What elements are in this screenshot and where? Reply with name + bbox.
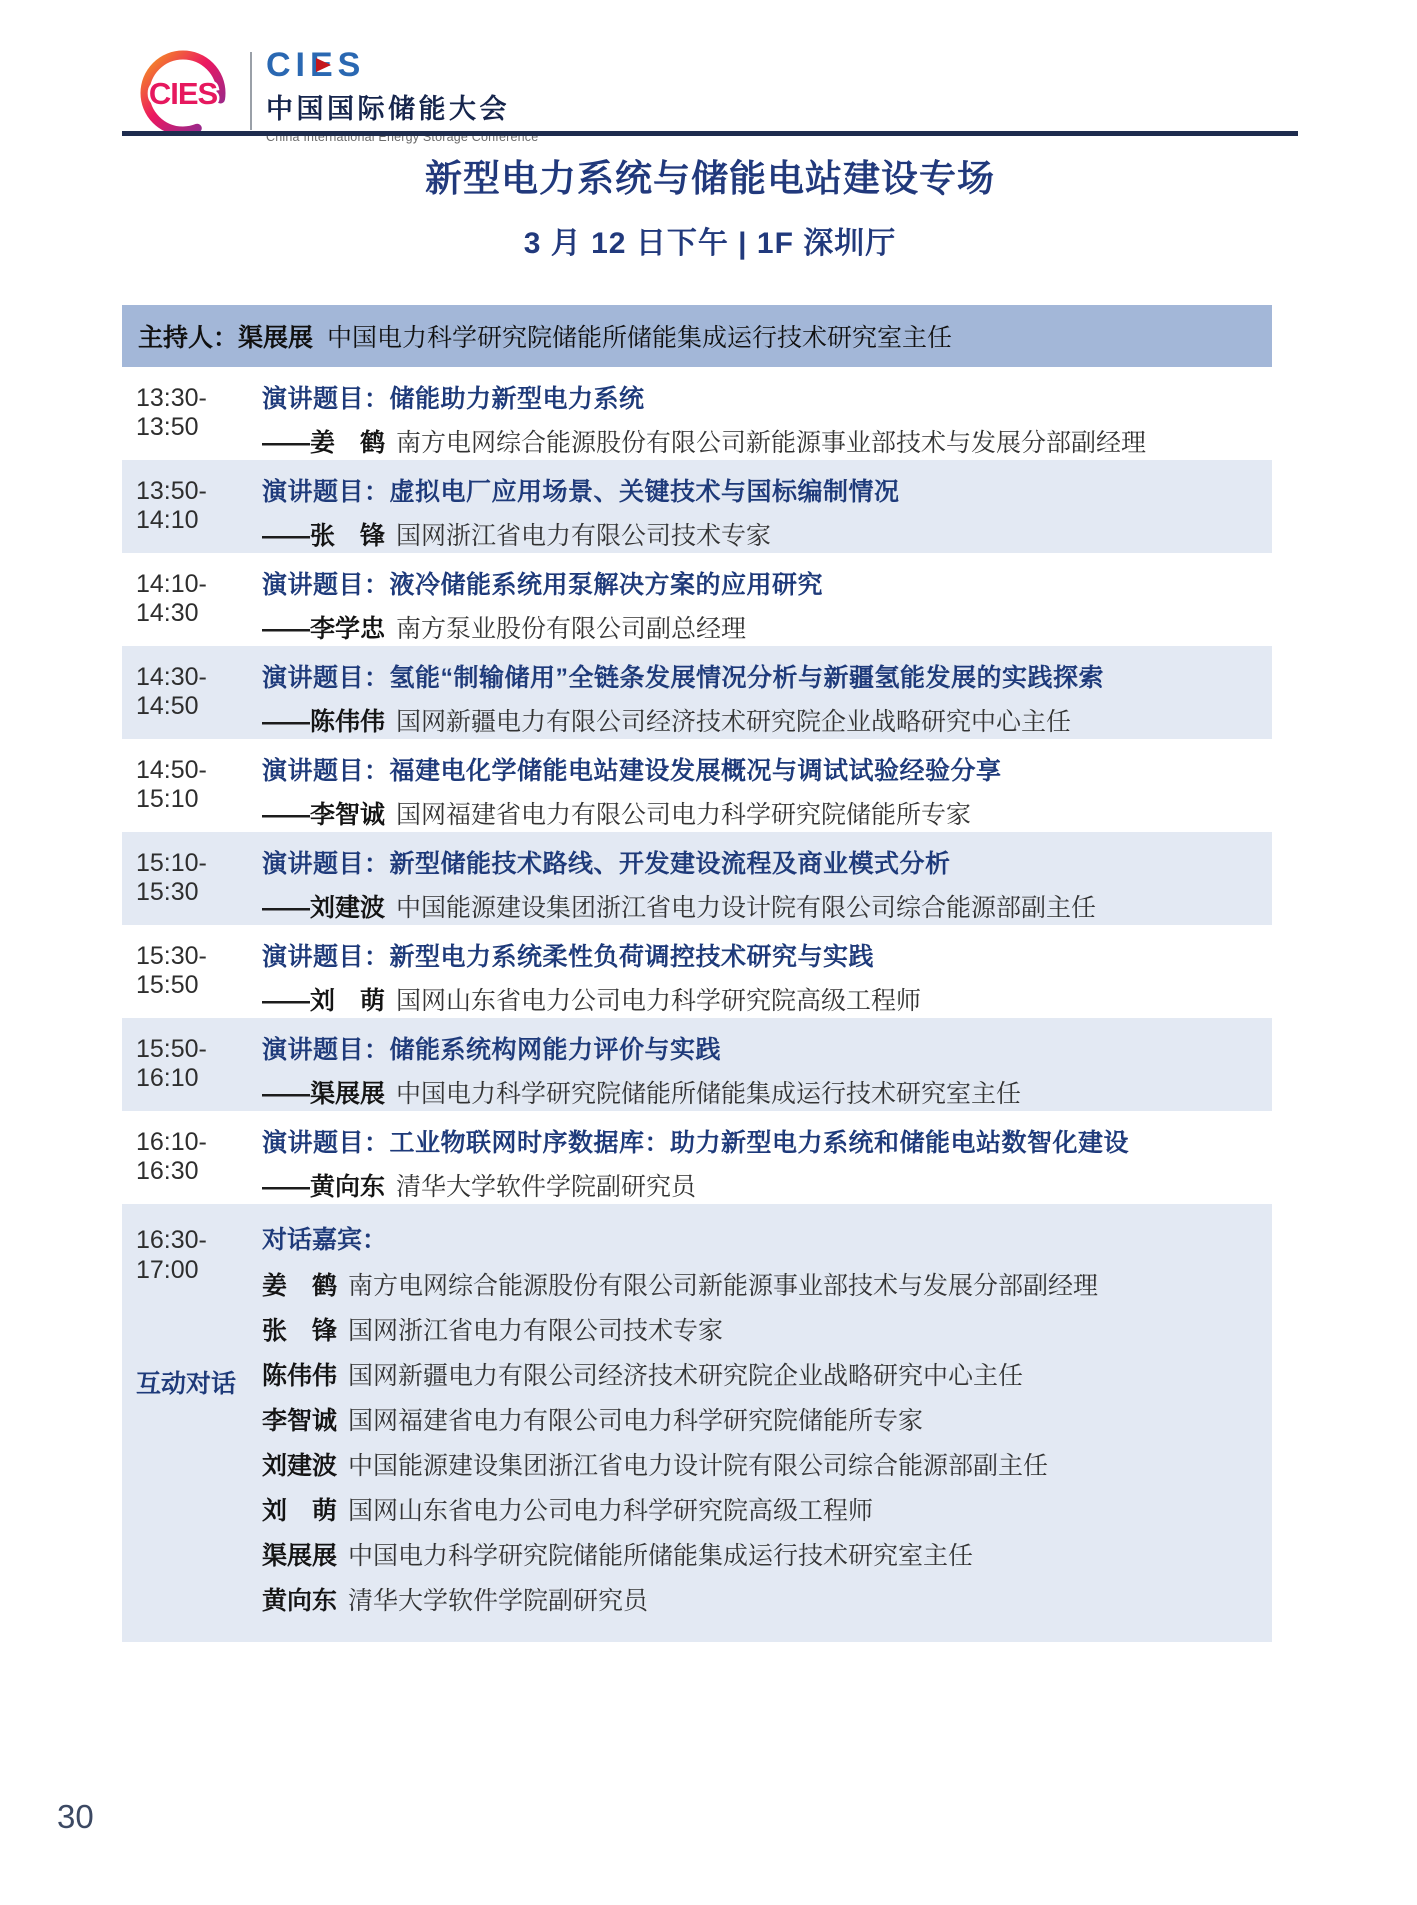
logo-divider (250, 52, 252, 130)
session-list: 13:30-13:50 演讲题目：储能助力新型电力系统 ——姜 鹤南方电网综合能… (122, 367, 1272, 1204)
session-time: 15:30-15:50 (122, 925, 262, 1018)
session-time: 14:50-15:10 (122, 739, 262, 832)
guest-affiliation: 中国能源建设集团浙江省电力设计院有限公司综合能源部副主任 (348, 1452, 1048, 1480)
session-speaker: ——李智诚国网福建省电力有限公司电力科学研究院储能所专家 (262, 800, 1272, 830)
session-title: 演讲题目：新型储能技术路线、开发建设流程及商业模式分析 (262, 849, 1272, 879)
guest-affiliation: 清华大学软件学院副研究员 (348, 1587, 648, 1615)
session-time: 16:10-16:30 (122, 1111, 262, 1204)
session-time: 13:50-14:10 (122, 460, 262, 553)
dialogue-guest: 渠展展中国电力科学研究院储能所储能集成运行技术研究室主任 (262, 1542, 1272, 1570)
session-speaker: ——李学忠南方泵业股份有限公司副总经理 (262, 614, 1272, 644)
session-content: 演讲题目：新型储能技术路线、开发建设流程及商业模式分析 ——刘建波中国能源建设集… (262, 832, 1272, 925)
guest-name: 陈伟伟 (262, 1362, 337, 1390)
session-title: 演讲题目：液冷储能系统用泵解决方案的应用研究 (262, 570, 1272, 600)
dialogue-content: 对话嘉宾： 姜 鹤南方电网综合能源股份有限公司新能源事业部技术与发展分部副经理 … (262, 1225, 1272, 1615)
dialogue-guest: 李智诚国网福建省电力有限公司电力科学研究院储能所专家 (262, 1407, 1272, 1435)
session-content: 演讲题目：新型电力系统柔性负荷调控技术研究与实践 ——刘 萌国网山东省电力公司电… (262, 925, 1272, 1018)
session-content: 演讲题目：储能助力新型电力系统 ——姜 鹤南方电网综合能源股份有限公司新能源事业… (262, 367, 1272, 460)
dialogue-side-label: 互动对话 (136, 1364, 236, 1400)
session-time: 13:30-13:50 (122, 367, 262, 460)
dialogue-guest: 张 锋国网浙江省电力有限公司技术专家 (262, 1317, 1272, 1345)
guest-name: 渠展展 (262, 1542, 337, 1570)
guest-list: 姜 鹤南方电网综合能源股份有限公司新能源事业部技术与发展分部副经理 张 锋国网浙… (262, 1272, 1272, 1615)
session-speaker: ——张 锋国网浙江省电力有限公司技术专家 (262, 521, 1272, 551)
guest-name: 刘建波 (262, 1452, 337, 1480)
guest-name: 张 锋 (262, 1317, 337, 1345)
cies-logo-ring: CIES (136, 46, 230, 140)
cies-logo-text: CIES (149, 76, 218, 111)
moderator-description: 中国电力科学研究院储能所储能集成运行技术研究室主任 (327, 318, 952, 354)
dialogue-guest: 黄向东清华大学软件学院副研究员 (262, 1587, 1272, 1615)
dialogue-guest: 刘 萌国网山东省电力公司电力科学研究院高级工程师 (262, 1497, 1272, 1525)
guest-affiliation: 国网山东省电力公司电力科学研究院高级工程师 (348, 1497, 873, 1525)
session-row: 14:30-14:50 演讲题目：氢能“制输储用”全链条发展情况分析与新疆氢能发… (122, 646, 1272, 739)
agenda-table: 主持人：渠展展 中国电力科学研究院储能所储能集成运行技术研究室主任 13:30-… (122, 305, 1272, 1642)
page-subtitle: 3 月 12 日下午 | 1F 深圳厅 (122, 218, 1298, 262)
session-time: 14:10-14:30 (122, 553, 262, 646)
session-title: 演讲题目：福建电化学储能电站建设发展概况与调试试验经验分享 (262, 756, 1272, 786)
session-row: 16:10-16:30 演讲题目：工业物联网时序数据库：助力新型电力系统和储能电… (122, 1111, 1272, 1204)
session-row: 14:50-15:10 演讲题目：福建电化学储能电站建设发展概况与调试试验经验分… (122, 739, 1272, 832)
session-speaker: ——陈伟伟国网新疆电力有限公司经济技术研究院企业战略研究中心主任 (262, 707, 1272, 737)
session-row: 13:30-13:50 演讲题目：储能助力新型电力系统 ——姜 鹤南方电网综合能… (122, 367, 1272, 460)
dialogue-guest: 陈伟伟国网新疆电力有限公司经济技术研究院企业战略研究中心主任 (262, 1362, 1272, 1390)
page-title: 新型电力系统与储能电站建设专场 (122, 148, 1298, 202)
dialogue-guest: 姜 鹤南方电网综合能源股份有限公司新能源事业部技术与发展分部副经理 (262, 1272, 1272, 1300)
session-content: 演讲题目：虚拟电厂应用场景、关键技术与国标编制情况 ——张 锋国网浙江省电力有限… (262, 460, 1272, 553)
session-speaker: ——渠展展中国电力科学研究院储能所储能集成运行技术研究室主任 (262, 1079, 1272, 1109)
brand-arrow-icon (316, 58, 331, 72)
session-content: 演讲题目：液冷储能系统用泵解决方案的应用研究 ——李学忠南方泵业股份有限公司副总… (262, 553, 1272, 646)
session-content: 演讲题目：氢能“制输储用”全链条发展情况分析与新疆氢能发展的实践探索 ——陈伟伟… (262, 646, 1272, 739)
brand-block: CIES 中国国际储能大会 China International Energy… (266, 48, 538, 144)
session-time: 14:30-14:50 (122, 646, 262, 739)
session-row: 15:10-15:30 演讲题目：新型储能技术路线、开发建设流程及商业模式分析 … (122, 832, 1272, 925)
conference-agenda-page: CIES CIES 中国国际储能大会 China International E… (0, 0, 1417, 1905)
brand-acronym: CIES (266, 48, 365, 82)
session-speaker: ——刘 萌国网山东省电力公司电力科学研究院高级工程师 (262, 986, 1272, 1016)
session-content: 演讲题目：工业物联网时序数据库：助力新型电力系统和储能电站数智化建设 ——黄向东… (262, 1111, 1272, 1204)
guest-name: 李智诚 (262, 1407, 337, 1435)
session-content: 演讲题目：福建电化学储能电站建设发展概况与调试试验经验分享 ——李智诚国网福建省… (262, 739, 1272, 832)
guest-affiliation: 国网新疆电力有限公司经济技术研究院企业战略研究中心主任 (348, 1362, 1023, 1390)
session-title: 演讲题目：氢能“制输储用”全链条发展情况分析与新疆氢能发展的实践探索 (262, 663, 1272, 693)
session-row: 14:10-14:30 演讲题目：液冷储能系统用泵解决方案的应用研究 ——李学忠… (122, 553, 1272, 646)
cies-logo: CIES (136, 46, 230, 140)
moderator-label: 主持人：渠展展 (138, 318, 313, 354)
guest-affiliation: 国网浙江省电力有限公司技术专家 (348, 1317, 723, 1345)
guest-name: 黄向东 (262, 1587, 337, 1615)
session-time: 15:50-16:10 (122, 1018, 262, 1111)
dialogue-guest: 刘建波中国能源建设集团浙江省电力设计院有限公司综合能源部副主任 (262, 1452, 1272, 1480)
moderator-row: 主持人：渠展展 中国电力科学研究院储能所储能集成运行技术研究室主任 (122, 305, 1272, 367)
brand-name-cn: 中国国际储能大会 (266, 87, 538, 126)
session-time: 15:10-15:30 (122, 832, 262, 925)
session-title: 演讲题目：虚拟电厂应用场景、关键技术与国标编制情况 (262, 477, 1272, 507)
guest-name: 刘 萌 (262, 1497, 337, 1525)
guest-affiliation: 南方电网综合能源股份有限公司新能源事业部技术与发展分部副经理 (348, 1272, 1098, 1300)
page-number: 30 (57, 1798, 94, 1836)
session-title: 演讲题目：工业物联网时序数据库：助力新型电力系统和储能电站数智化建设 (262, 1128, 1272, 1158)
session-speaker: ——黄向东清华大学软件学院副研究员 (262, 1172, 1272, 1202)
session-title: 演讲题目：储能助力新型电力系统 (262, 384, 1272, 414)
session-speaker: ——姜 鹤南方电网综合能源股份有限公司新能源事业部技术与发展分部副经理 (262, 428, 1272, 458)
guest-affiliation: 中国电力科学研究院储能所储能集成运行技术研究室主任 (348, 1542, 973, 1570)
dialogue-time: 16:30-17:00 (122, 1225, 262, 1615)
guest-affiliation: 国网福建省电力有限公司电力科学研究院储能所专家 (348, 1407, 923, 1435)
session-row: 15:30-15:50 演讲题目：新型电力系统柔性负荷调控技术研究与实践 ——刘… (122, 925, 1272, 1018)
guest-name: 姜 鹤 (262, 1272, 337, 1300)
session-title: 演讲题目：储能系统构网能力评价与实践 (262, 1035, 1272, 1065)
dialogue-block: 16:30-17:00 互动对话 对话嘉宾： 姜 鹤南方电网综合能源股份有限公司… (122, 1204, 1272, 1642)
session-title: 演讲题目：新型电力系统柔性负荷调控技术研究与实践 (262, 942, 1272, 972)
session-speaker: ——刘建波中国能源建设集团浙江省电力设计院有限公司综合能源部副主任 (262, 893, 1272, 923)
header-divider (122, 131, 1298, 136)
dialogue-guests-label: 对话嘉宾： (262, 1225, 1272, 1255)
session-row: 13:50-14:10 演讲题目：虚拟电厂应用场景、关键技术与国标编制情况 ——… (122, 460, 1272, 553)
session-row: 15:50-16:10 演讲题目：储能系统构网能力评价与实践 ——渠展展中国电力… (122, 1018, 1272, 1111)
session-content: 演讲题目：储能系统构网能力评价与实践 ——渠展展中国电力科学研究院储能所储能集成… (262, 1018, 1272, 1111)
